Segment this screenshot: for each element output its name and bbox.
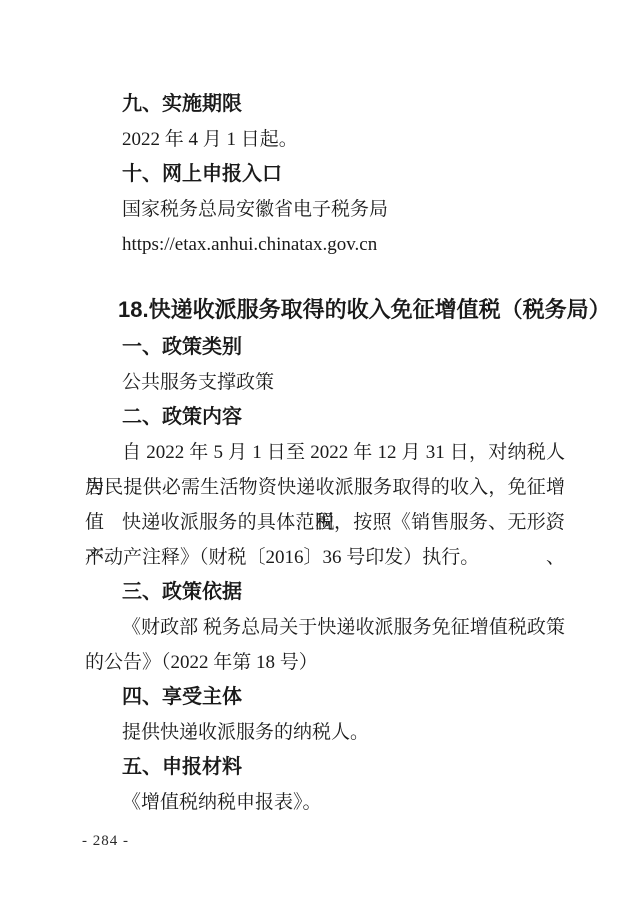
policy-category-text: 公共服务支撑政策 (85, 365, 565, 400)
heading-policy-category: 一、政策类别 (85, 330, 565, 365)
implementation-date-text: 2022 年 4 月 1 日起。 (85, 122, 565, 157)
policy-18-title: 18.快递收派服务取得的收入免征增值税（税务局） (85, 290, 565, 330)
document-page: 九、实施期限 2022 年 4 月 1 日起。 十、网上申报入口 国家税务总局安… (0, 0, 642, 907)
heading-policy-content: 二、政策内容 (85, 400, 565, 435)
beneficiary-text: 提供快递收派服务的纳税人。 (85, 715, 565, 750)
policy-basis-line-1: 《财政部 税务总局关于快递收派服务免征增值税政策 (85, 610, 565, 645)
policy-content-line-1: 自 2022 年 5 月 1 日至 2022 年 12 月 31 日，对纳税人为 (85, 435, 565, 470)
policy-content-line-2: 居民提供必需生活物资快递收派服务取得的收入，免征增值税。 (85, 470, 565, 505)
document-body: 九、实施期限 2022 年 4 月 1 日起。 十、网上申报入口 国家税务总局安… (85, 87, 565, 820)
filing-materials-text: 《增值税纳税申报表》。 (85, 785, 565, 820)
heading-online-filing-entry: 十、网上申报入口 (85, 157, 565, 192)
policy-content-line-3: 快递收派服务的具体范围，按照《销售服务、无形资产、 (85, 505, 565, 540)
heading-filing-materials: 五、申报材料 (85, 750, 565, 785)
heading-beneficiary: 四、享受主体 (85, 680, 565, 715)
heading-policy-basis: 三、政策依据 (85, 575, 565, 610)
policy-basis-line-2: 的公告》（2022 年第 18 号） (85, 645, 565, 680)
heading-implementation-period: 九、实施期限 (85, 87, 565, 122)
etax-url-text: https://etax.anhui.chinatax.gov.cn (85, 227, 565, 262)
page-number: - 284 - (82, 830, 129, 852)
tax-bureau-name-text: 国家税务总局安徽省电子税务局 (85, 192, 565, 227)
